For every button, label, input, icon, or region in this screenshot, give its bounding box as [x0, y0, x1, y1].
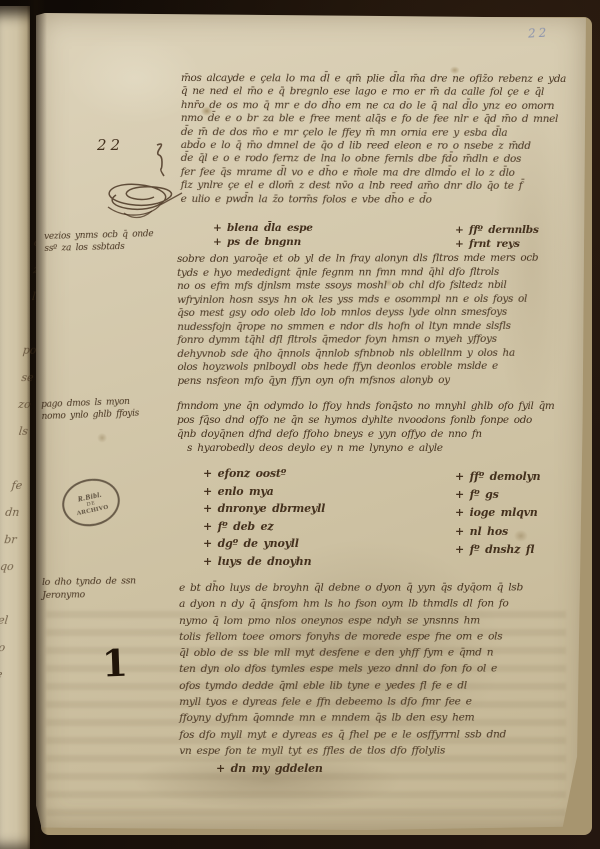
name-entry: + dn my gddelen — [216, 762, 323, 776]
manuscript-line: fiz ynlre çe el e dlom̄ z dest nv̄o a ln… — [181, 179, 589, 193]
manuscript-line: fonro dymm tq̄hl dfl fltrols q̄medor foy… — [177, 333, 589, 348]
manuscript-line: s hyarobedly deos deylo ey n me lynyno e… — [187, 442, 443, 455]
paragraph-4: e bt dh̄o luys de broyhn q̄l debne o dyo… — [179, 579, 591, 759]
name-entry: + frnt reys — [455, 238, 539, 252]
manuscript-line: no os efm mfs djnlsm mste ssoys moshl ob… — [177, 279, 589, 294]
paragraph-3: fmndom yne q̄n odymdo lo ffoy hnds fonq̄… — [177, 400, 591, 441]
name-entry: + fº gs — [455, 486, 540, 504]
library-stamp: R.Bibl. DE ARCHIVO — [58, 473, 125, 531]
cross-list-1-right: + ffº dernnlbs + frnt reys — [455, 224, 539, 251]
margin-note-1: vezios ynms ocb q̄ onde ssº za los ssbta… — [44, 228, 185, 255]
name-entry: + ioge mlqvn — [455, 504, 540, 522]
manuscript-line: hnr̄o de os mo q̄ mr e do dh̄o em ne ca … — [181, 99, 589, 113]
manuscript-line: myll tyos e dyreas fele e ffn debeemo ls… — [179, 693, 591, 710]
name-entry: + ffº demolyn — [455, 468, 540, 486]
margin-note-3: lo dho tyndo de ssn Jeronymo — [42, 574, 192, 602]
name-entry: + dgº de ynoyll — [203, 535, 325, 553]
name-entry: + blena d̄la espe — [213, 222, 313, 236]
name-entry: + ps de bngnn — [213, 236, 313, 250]
cross-list-1-left: + blena d̄la espe + ps de bngnn — [213, 222, 313, 249]
manuscript-line: q̄so mest gsy odo oleb ldo lob mnlos dey… — [177, 306, 589, 321]
manuscript-line: ffoyny dyfnm q̄omnde mn e mndem q̄s lb d… — [179, 710, 591, 727]
name-entry: + dnronye dbrmeyll — [203, 500, 325, 518]
manuscript-line: tyds e hyo mededignt q̄nle fegnm nn fmn … — [177, 265, 589, 280]
manuscript-line: nudessfojn q̄rope no smmen e ndor dls ho… — [177, 319, 589, 334]
manuscript-photo: ze dl fo qs be do zs le po se zo ls fe d… — [0, 0, 600, 849]
manuscript-line: fmndom yne q̄n odymdo lo ffoy hnds fonq̄… — [177, 400, 591, 414]
name-list-right: + ffº demolyn + fº gs + ioge mlqvn + nl … — [455, 468, 540, 559]
manuscript-line: wfryinlon hosn ssys hn ok les yss mds e … — [177, 292, 589, 307]
stamp-line: ARCHIVO — [76, 503, 109, 517]
manuscript-page: 22 22 m̄os alcayde e çela lo ma d̄l e qm… — [36, 13, 587, 830]
manuscript-line: q̄nb doyq̄nen dfnd defo ffoho bneys e yy… — [177, 428, 591, 442]
manuscript-line: d̄e q̄l e o e rodo fernz de lna lo obne … — [181, 152, 589, 166]
manuscript-line: dehyvnob sde q̄ho q̄nnols q̄nnlob sfnbno… — [177, 346, 589, 361]
manuscript-line: q̄l oblo de ss ble mll myt desfene e den… — [179, 644, 591, 661]
gutter-shadow — [27, 0, 47, 849]
manuscript-line: ofos tymdo dedde q̄ml eble lib tyne e ye… — [179, 677, 591, 694]
manuscript-line: tolis fellom toee omors fonyhs de morede… — [179, 628, 591, 645]
name-list-heading: s hyarobedly deos deylo ey n me lynyno e… — [187, 442, 443, 455]
name-entry: + ffº dernnlbs — [455, 224, 539, 238]
pencil-folio-number: 22 — [528, 25, 550, 40]
manuscript-line: vn espe fon te myll tyt es ffles de tlos… — [179, 742, 591, 759]
manuscript-line: sobre don yaroq̄e et ob yl de ln fray al… — [177, 252, 589, 267]
manuscript-line: e ulio e pwd̄n la z̄o torm̄s folos e vbe… — [181, 193, 589, 207]
manuscript-line: d̄e m̄ de dos m̄o e mr çelo le ffey m̄ m… — [181, 126, 589, 140]
manuscript-line: fos dfo myll myt e dyreas es q̄ fhel pe … — [179, 726, 591, 743]
manuscript-line: ten dyn olo dfos tymles espe mels yezo d… — [179, 661, 591, 678]
manuscript-line: q̄ ne ned el m̄o e q̄ bregnlo ese lago e… — [181, 85, 589, 99]
name-entry: + fº deb ez — [203, 518, 325, 536]
printed-numeral-1: 1 — [101, 641, 128, 686]
facing-page-edge: ze dl fo qs be do zs le po se zo ls fe d… — [0, 6, 30, 849]
manuscript-line: m̄os alcayde e çela lo ma d̄l e qm̄ plie… — [181, 72, 589, 86]
name-entry: + fº dnshz fl — [455, 541, 540, 559]
paragraph-1: m̄os alcayde e çela lo ma d̄l e qm̄ plie… — [181, 72, 589, 207]
manuscript-line: olos hoyzwols pnlboydl obs hede ffyn deo… — [177, 360, 589, 375]
closing-name-line: + dn my gddelen — [216, 762, 323, 776]
rubric-flourish-icon — [94, 141, 194, 231]
name-entry: + enlo mya — [203, 483, 325, 501]
manuscript-line: nmo d̄e e o br za ble e free ment alq̄s … — [181, 112, 589, 126]
manuscript-line: e bt dh̄o luys de broyhn q̄l debne o dyo… — [179, 579, 591, 596]
manuscript-line: pos fq̄so dnd offo ne q̄n se hymos dyhlt… — [177, 414, 591, 428]
paragraph-2: sobre don yaroq̄e et ob yl de ln fray al… — [177, 252, 589, 388]
margin-note-2: pago dmos ls myon nomo ynlo ghlb ffoyis — [41, 395, 187, 423]
manuscript-line: a dyon n dy q̄ q̄nsfom hm ls ho fson oym… — [179, 596, 591, 613]
name-list-left: + efonz oostº + enlo mya + dnronye dbrme… — [203, 465, 325, 571]
manuscript-line: nymo q̄ lom pmo nlos oneynos espe ndyh s… — [179, 612, 591, 629]
margin-note-line: Jeronymo — [42, 587, 192, 602]
name-entry: + nl hos — [455, 523, 540, 541]
name-entry: + luys de dnoyhn — [203, 553, 325, 571]
manuscript-line: fer fee q̄s mrame d̄l vo e dh̄o e m̄ole … — [181, 166, 589, 180]
manuscript-line: pens nsfeon mfo q̄yn ffyn oyn ofn mfsnos… — [177, 373, 589, 388]
name-entry: + efonz oostº — [203, 465, 325, 483]
